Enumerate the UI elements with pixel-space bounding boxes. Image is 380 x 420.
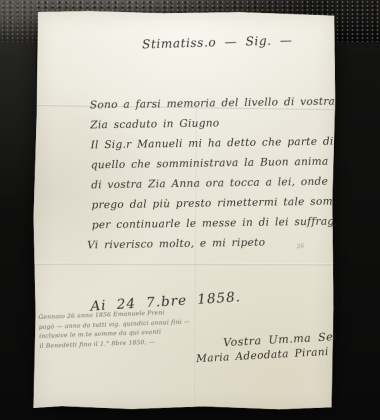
signature-valediction: Vostra Um.ma Serva [223,329,353,349]
letter-closing-line: Vi riverisco molto, e mi ripeto [87,231,350,255]
body-line: per continuarle le messe in di lei suffr… [92,211,350,235]
letter-body: Sono a farsi memoria del livello di vost… [90,91,351,255]
letter-salutation: Stimatiss.o — Sig. — [142,33,293,51]
paper-shadow-wrapper: Stimatiss.o — Sig. — Sono a farsi memori… [32,10,337,412]
photograph-of-letter: Stimatiss.o — Sig. — Sono a farsi memori… [0,0,380,420]
faint-pencil-mark: 26 [296,242,304,250]
background-shading [0,0,36,250]
letter-paper: Stimatiss.o — Sig. — Sono a farsi memori… [32,10,337,412]
body-line: Sono a farsi memoria del livello di vost… [90,91,348,115]
marginal-note: Gennaio 26 anno 1856 Emanuele Preni pagò… [38,307,191,351]
horizontal-fold-crease-bottom [33,263,335,266]
signature-name: Maria Adeodata Pirani Abb. [196,344,361,365]
